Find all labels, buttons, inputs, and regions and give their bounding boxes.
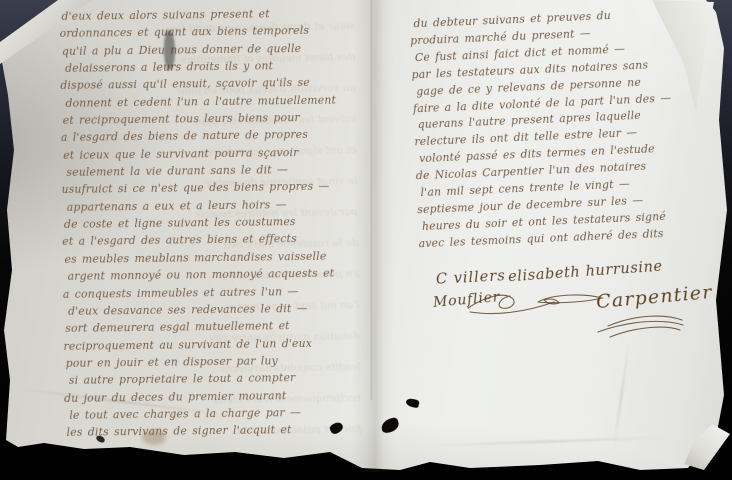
right-page-text-block: du debteur suivans et preuves duproduira… (409, 4, 721, 253)
manuscript-scan-viewport: sieur et dame demeurans audit lieu des b… (0, 0, 732, 480)
left-page-text-block: d'eux deux alors suivans present etordon… (61, 4, 374, 441)
ink-smudge (164, 30, 175, 70)
manuscript-line: argent monnoyé ou non monnoyé acquests e… (68, 264, 373, 285)
brown-stain (142, 430, 166, 445)
